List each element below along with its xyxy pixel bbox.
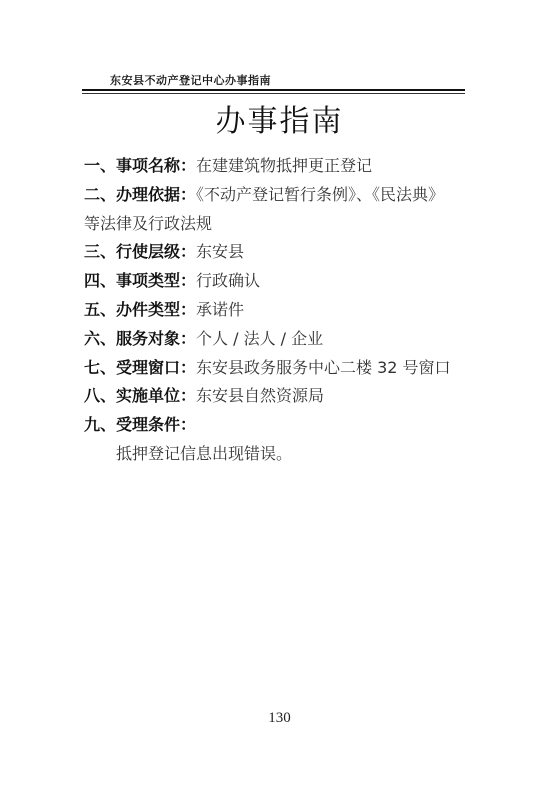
page-title: 办事指南 — [0, 100, 559, 144]
item-label: 二、办理依据： — [84, 185, 196, 204]
item-value: 个人 / 法人 / 企业 — [196, 329, 323, 348]
item-value: 行政确认 — [196, 271, 260, 290]
running-header: 东安县不动产登记中心办事指南 — [110, 72, 271, 88]
page-number: 130 — [0, 710, 559, 727]
item-name: 一、事项名称：在建建筑物抵押更正登记 — [84, 152, 474, 181]
item-level: 三、行使层级：东安县 — [84, 238, 474, 267]
header-rule-thin — [82, 93, 465, 94]
item-type: 四、事项类型：行政确认 — [84, 267, 474, 296]
item-value: 东安县 — [196, 242, 244, 261]
item-label: 七、受理窗口： — [84, 358, 196, 377]
item-value: 东安县自然资源局 — [196, 386, 324, 405]
item-value: 在建建筑物抵押更正登记 — [196, 156, 372, 175]
item-legal-basis-continuation: 等法律及行政法规 — [84, 210, 474, 239]
item-conditions: 九、受理条件： — [84, 411, 474, 440]
item-service-target: 六、服务对象：个人 / 法人 / 企业 — [84, 325, 474, 354]
item-value: 承诺件 — [196, 300, 244, 319]
item-implementing-unit: 八、实施单位：东安县自然资源局 — [84, 382, 474, 411]
item-label: 六、服务对象： — [84, 329, 196, 348]
item-conditions-detail: 抵押登记信息出现错误。 — [84, 440, 474, 469]
item-label: 八、实施单位： — [84, 386, 196, 405]
item-label: 九、受理条件： — [84, 415, 196, 434]
item-label: 一、事项名称： — [84, 156, 196, 175]
item-label: 四、事项类型： — [84, 271, 196, 290]
item-value: 《不动产登记暂行条例》、《民法典》 — [196, 185, 444, 204]
item-label: 三、行使层级： — [84, 242, 196, 261]
header-rule-thick — [82, 89, 465, 91]
guide-content: 一、事项名称：在建建筑物抵押更正登记 二、办理依据：《不动产登记暂行条例》、《民… — [84, 152, 474, 469]
item-label: 五、办件类型： — [84, 300, 196, 319]
item-case-type: 五、办件类型：承诺件 — [84, 296, 474, 325]
item-value-continuation: 等法律及行政法规 — [84, 214, 212, 233]
item-legal-basis: 二、办理依据：《不动产登记暂行条例》、《民法典》 — [84, 181, 474, 210]
item-value: 东安县政务服务中心二楼 32 号窗口 — [196, 358, 451, 377]
item-window: 七、受理窗口：东安县政务服务中心二楼 32 号窗口 — [84, 354, 474, 383]
